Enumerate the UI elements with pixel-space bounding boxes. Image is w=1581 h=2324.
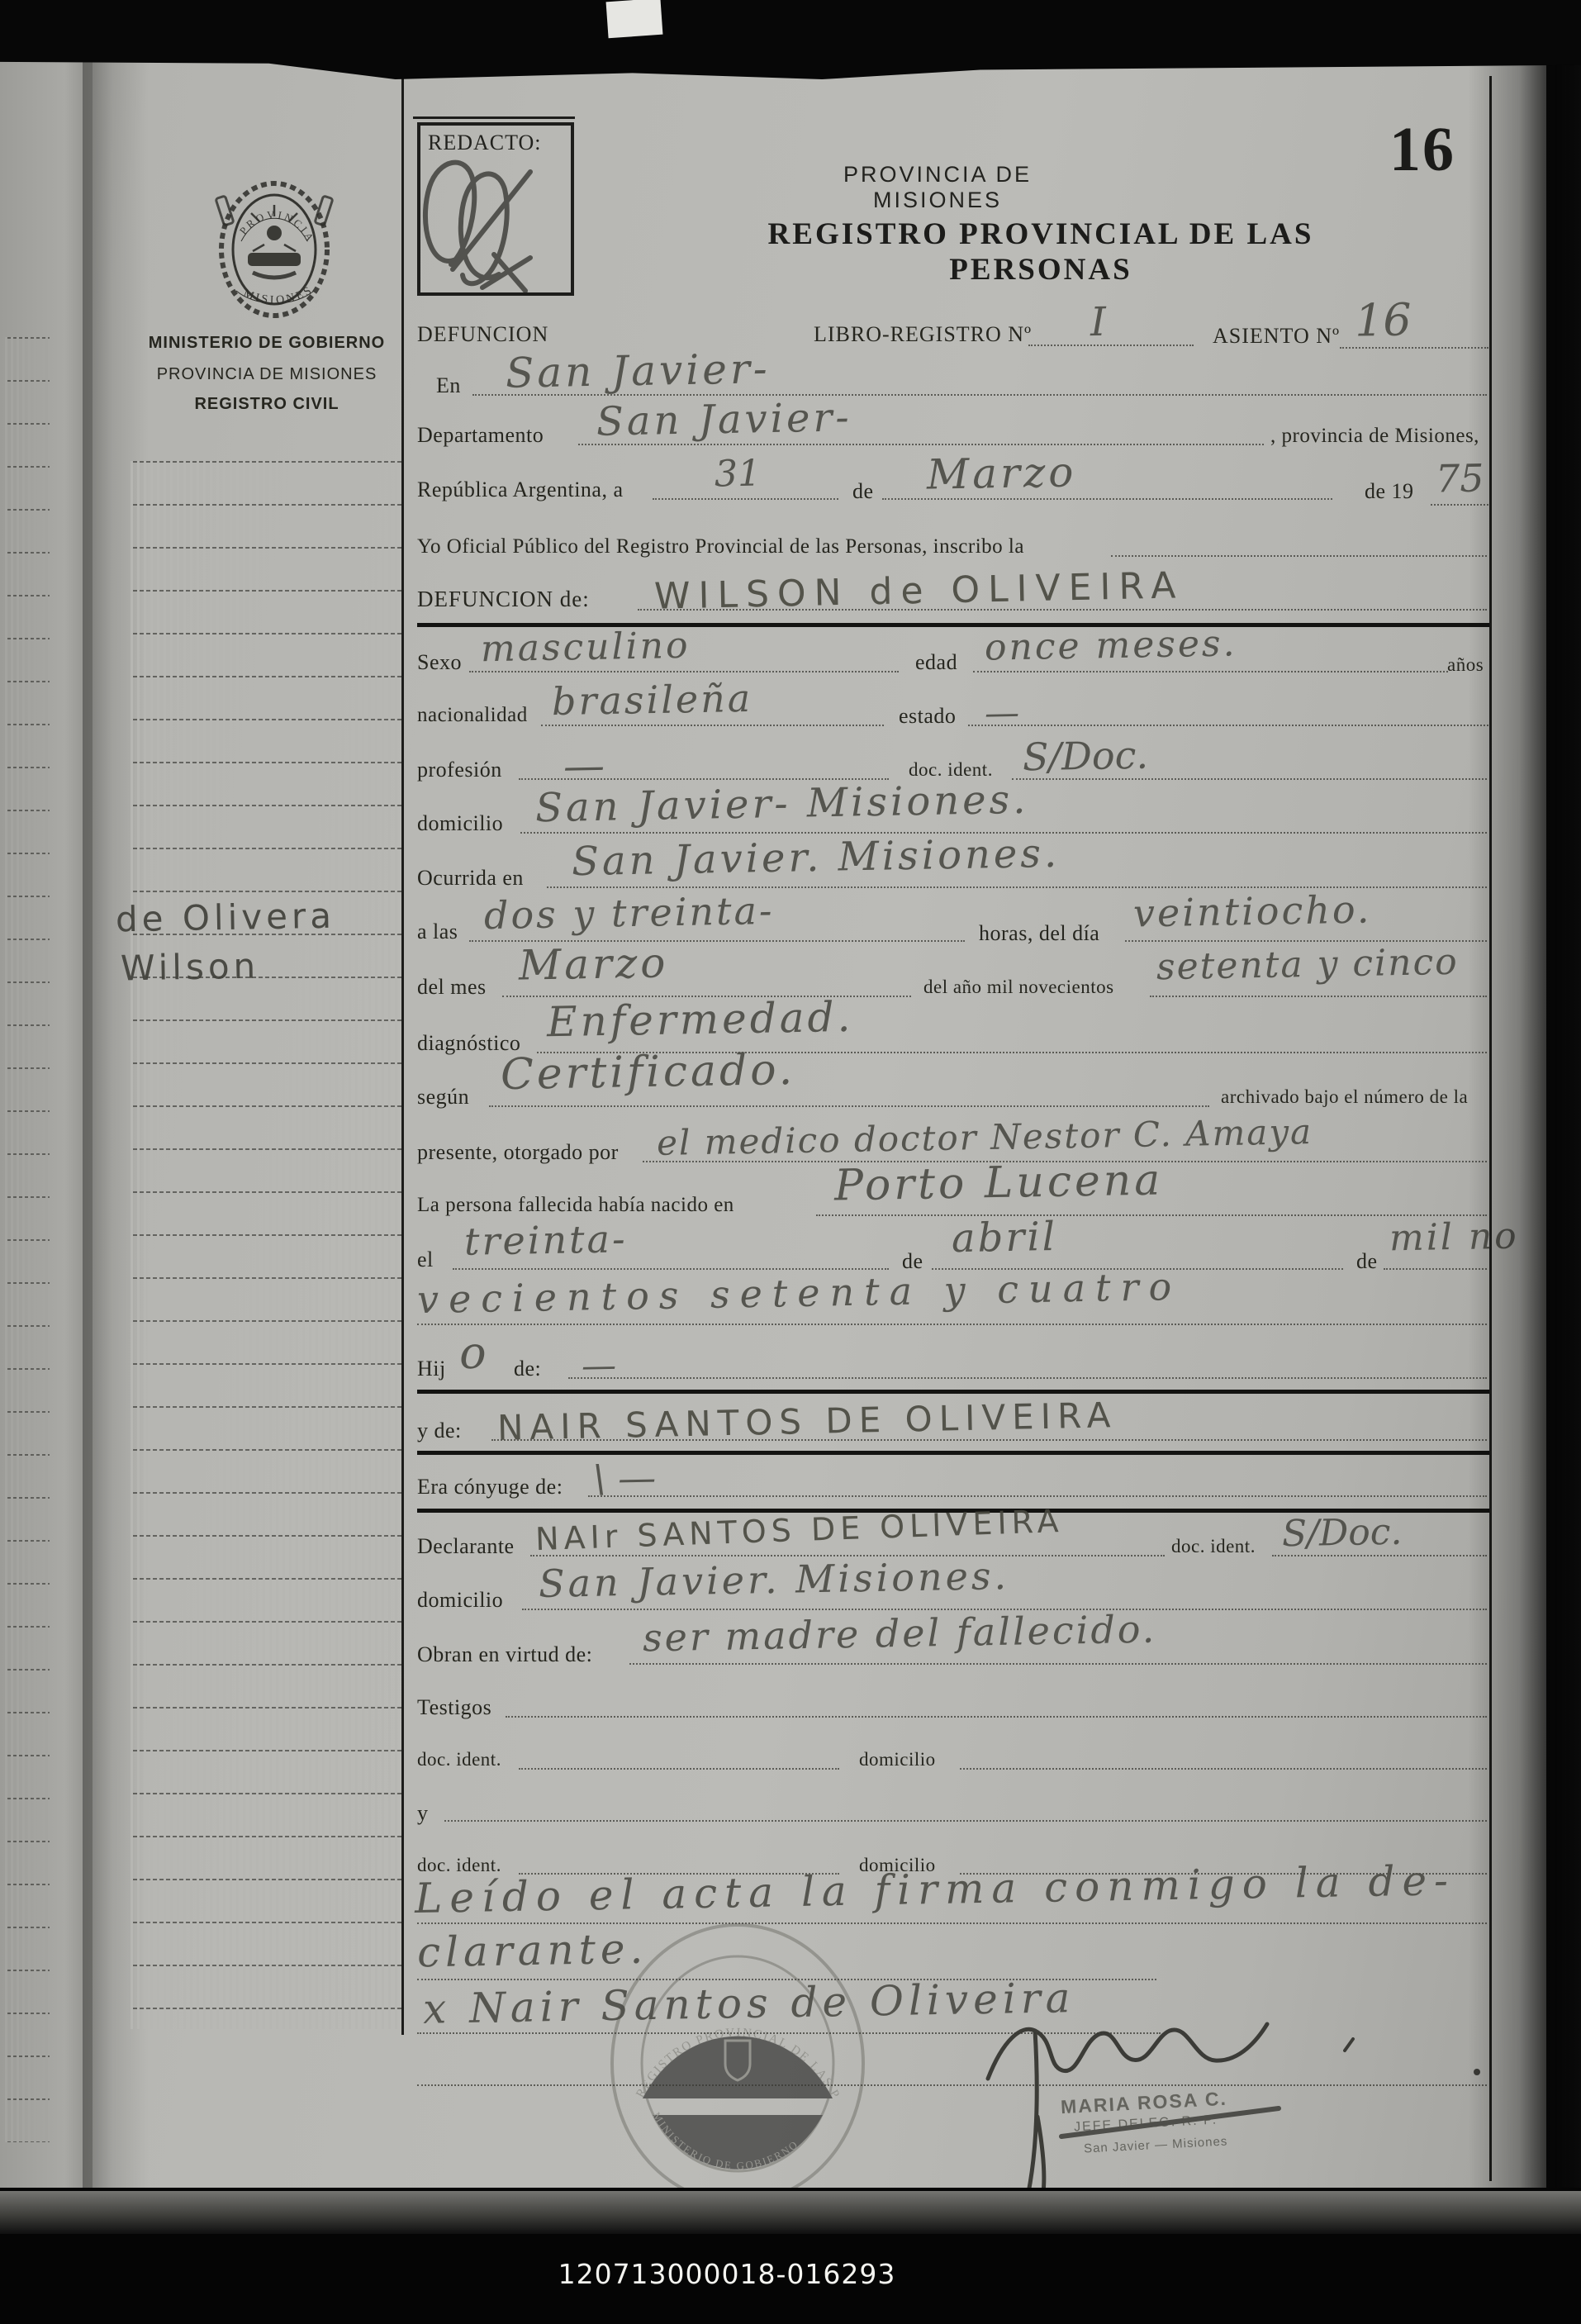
mother-label: y de: bbox=[417, 1419, 462, 1443]
declarant-doc-label: doc. ident. bbox=[1171, 1536, 1256, 1557]
de-label: de bbox=[852, 479, 874, 504]
death-day-entry: veintiocho. bbox=[1133, 886, 1372, 935]
death-month-entry: Marzo bbox=[519, 939, 669, 989]
declarant-address-entry: San Javier. Misiones. bbox=[539, 1553, 1010, 1606]
capacity-label: Obran en virtud de: bbox=[417, 1642, 592, 1667]
and-label: y bbox=[417, 1801, 429, 1826]
year-label: de 19 bbox=[1365, 479, 1414, 504]
book-number-entry: I bbox=[1090, 299, 1107, 345]
son-label-suffix: de: bbox=[514, 1357, 541, 1381]
province-header: PROVINCIA DE MISIONES bbox=[776, 162, 1099, 213]
address-entry: San Javier- Misiones. bbox=[535, 777, 1029, 831]
dotted-line bbox=[417, 2084, 1487, 2086]
dotted-line bbox=[1340, 347, 1488, 349]
birth-year-label: de bbox=[1356, 1249, 1378, 1274]
redacto-box-top-rule bbox=[413, 116, 575, 119]
nationality-label: nacionalidad bbox=[417, 704, 528, 727]
province-suffix: , provincia de Misiones, bbox=[1270, 425, 1479, 448]
ministry-line3: REGISTRO CIVIL bbox=[128, 395, 406, 414]
dotted-line bbox=[489, 1105, 1209, 1107]
entry-label: ASIENTO Nº bbox=[1213, 324, 1340, 349]
age-label: edad bbox=[915, 650, 957, 675]
declarant-doc-entry: S/Doc. bbox=[1282, 1511, 1403, 1556]
page-number: 16 bbox=[1389, 114, 1455, 186]
status-label: estado bbox=[899, 704, 956, 729]
scanned-death-record-page: PROVINCIA MISIONES REGISTRO PROVINCIAL D… bbox=[0, 0, 1581, 2324]
witness1-doc-label: doc. ident. bbox=[417, 1749, 501, 1770]
closing-line2-entry: clarante. bbox=[417, 1925, 648, 1977]
occurred-label: Ocurrida en bbox=[417, 866, 524, 891]
scan-right-dark-edge bbox=[1469, 58, 1581, 2193]
dotted-line bbox=[1272, 1555, 1487, 1556]
misiones-coat-of-arms-seal: PROVINCIA MISIONES bbox=[216, 183, 333, 316]
son-fill-entry: o bbox=[458, 1327, 487, 1380]
dotted-line bbox=[541, 725, 884, 726]
margin-note-surname: de Olivera bbox=[116, 896, 336, 940]
address-label: domicilio bbox=[417, 811, 503, 836]
archived-suffix: archivado bajo el número de la bbox=[1221, 1086, 1468, 1108]
entry-number-entry: 16 bbox=[1354, 293, 1412, 346]
dotted-line bbox=[1028, 345, 1194, 346]
according-entry: Certificado. bbox=[501, 1045, 796, 1100]
scan-top-paper-sliver bbox=[606, 0, 663, 38]
registry-title: REGISTRO PROVINCIAL DE LAS PERSONAS bbox=[677, 216, 1404, 288]
dotted-line bbox=[578, 444, 1264, 445]
birth-month-entry: abril bbox=[952, 1214, 1058, 1262]
dotted-line bbox=[588, 1495, 1487, 1497]
age-entry: once meses. bbox=[985, 622, 1237, 668]
dotted-line bbox=[417, 1922, 1487, 1924]
ministry-line1: MINISTERIO DE GOBIERNO bbox=[128, 334, 406, 353]
archive-reference-number: 120713000018-016293 bbox=[487, 2258, 966, 2290]
dotted-line bbox=[469, 671, 899, 672]
time-label: a las bbox=[417, 920, 458, 944]
witnesses-label: Testigos bbox=[417, 1695, 491, 1720]
dotted-line bbox=[973, 671, 1448, 672]
ministry-line2: PROVINCIA DE MISIONES bbox=[128, 365, 406, 384]
father-entry: — bbox=[582, 1345, 617, 1386]
heavy-rule bbox=[417, 1451, 1489, 1455]
issued-label: presente, otorgado por bbox=[417, 1140, 619, 1165]
margin-note-givenname: Wilson bbox=[121, 946, 260, 989]
dotted-line bbox=[444, 1820, 1487, 1822]
profession-entry: — bbox=[563, 742, 605, 791]
son-label-prefix: Hij bbox=[417, 1357, 446, 1381]
dotted-line bbox=[653, 498, 838, 500]
birthplace-entry: Porto Lucena bbox=[834, 1156, 1164, 1211]
occurred-entry: San Javier. Misiones. bbox=[572, 830, 1061, 885]
book-label: LIBRO-REGISTRO Nº bbox=[814, 322, 1032, 347]
time-entry: dos y treinta- bbox=[484, 888, 775, 938]
department-entry: San Javier- bbox=[596, 394, 853, 444]
diagnosis-entry: Enfermedad. bbox=[547, 993, 854, 1046]
hours-label: horas, del día bbox=[979, 921, 1099, 946]
country-label: República Argentina, a bbox=[417, 478, 624, 502]
death-of-label: DEFUNCION de: bbox=[417, 587, 590, 612]
dotted-line bbox=[519, 1768, 839, 1770]
heavy-rule bbox=[417, 1390, 1489, 1394]
officer-line: Yo Oficial Público del Registro Provinci… bbox=[417, 535, 1024, 558]
dotted-line bbox=[882, 498, 1332, 500]
dotted-line bbox=[417, 2032, 1161, 2034]
day-entry: 31 bbox=[715, 453, 762, 496]
capacity-entry: ser madre del fallecido. bbox=[643, 1607, 1157, 1661]
dotted-line bbox=[506, 1716, 1487, 1718]
witness1-address-label: domicilio bbox=[859, 1749, 936, 1770]
month-label2: del mes bbox=[417, 975, 487, 1000]
dotted-line bbox=[1150, 996, 1487, 997]
status-entry: — bbox=[985, 692, 1020, 734]
place-entry: San Javier- bbox=[506, 345, 772, 397]
redacto-label: REDACTO: bbox=[428, 131, 542, 155]
record-type-label: DEFUNCION bbox=[417, 322, 548, 347]
profession-label: profesión bbox=[417, 758, 502, 782]
sex-label: Sexo bbox=[417, 650, 462, 675]
birth-day-entry: treinta- bbox=[464, 1216, 628, 1263]
sex-entry: masculino bbox=[481, 625, 691, 670]
dotted-line bbox=[968, 725, 1488, 726]
dotted-line bbox=[960, 1768, 1487, 1770]
dotted-line bbox=[417, 1324, 1487, 1325]
dotted-line bbox=[629, 1663, 1487, 1665]
doc-entry: S/Doc. bbox=[1023, 733, 1149, 780]
scan-bottom-page-edge-highlight bbox=[0, 2191, 1581, 2234]
according-label: según bbox=[417, 1085, 469, 1110]
declarant-label: Declarante bbox=[417, 1534, 515, 1559]
death-year-entry: setenta y cinco bbox=[1156, 941, 1459, 988]
spouse-label: Era cónyuge de: bbox=[417, 1475, 563, 1499]
dotted-line bbox=[568, 1377, 1487, 1379]
nationality-entry: brasileña bbox=[552, 676, 753, 724]
month-entry: Marzo bbox=[927, 448, 1077, 498]
place-label: En bbox=[436, 373, 461, 398]
dotted-line bbox=[816, 1214, 1487, 1216]
birth-day-label: el bbox=[417, 1248, 434, 1272]
year-label2: del año mil novecientos bbox=[923, 977, 1114, 998]
birthplace-label: La persona fallecida había nacido en bbox=[417, 1194, 734, 1217]
dotted-line bbox=[1012, 778, 1487, 780]
department-label: Departamento bbox=[417, 423, 544, 448]
dotted-line bbox=[1111, 555, 1487, 557]
declarant-address-label: domicilio bbox=[417, 1588, 503, 1613]
spouse-entry: \ — bbox=[593, 1455, 657, 1500]
